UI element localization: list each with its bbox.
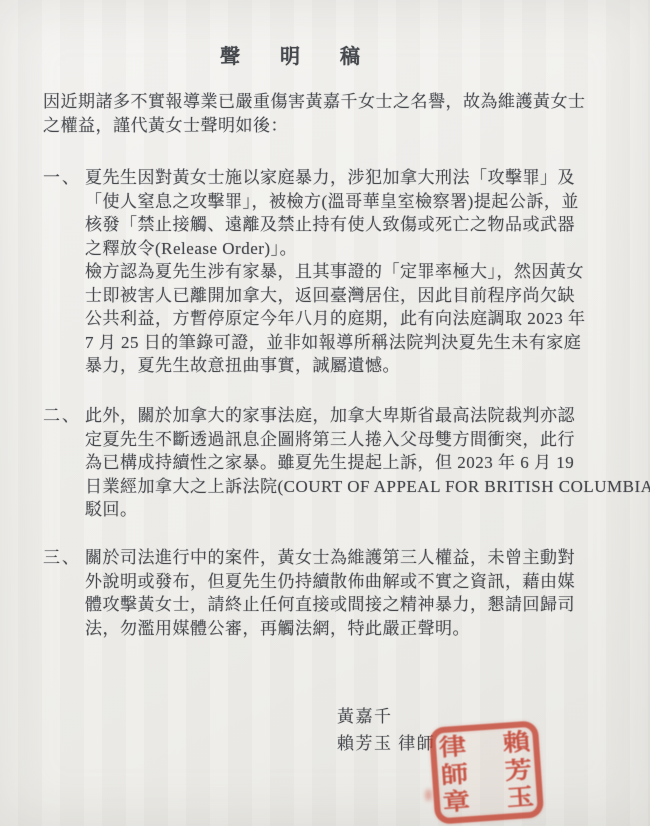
statement-item-1: 一、 夏先生因對黃女士施以家庭暴力，涉犯加拿大刑法「攻擊罪」及 「使人窒息之攻擊… xyxy=(43,166,586,378)
item-3-text: 關於司法進行中的案件，黃女士為維護第三人權益，未曾主動對 外說明或發布，但夏先生… xyxy=(85,546,575,640)
intro-paragraph: 因近期諸多不實報導業已嚴重傷害黃嘉千女士之名譽，故為維護黃女士 之權益，謹代黃女… xyxy=(43,90,586,137)
document-title: 聲 明 稿 xyxy=(0,40,580,69)
seal-char: 師 xyxy=(440,761,469,789)
item-1-number: 一、 xyxy=(43,166,85,190)
seal-char: 玉 xyxy=(506,784,535,812)
item-1-text: 夏先生因對黃女士施以家庭暴力，涉犯加拿大刑法「攻擊罪」及 「使人窒息之攻擊罪」，… xyxy=(85,166,586,378)
seal-right-column: 賴 芳 玉 xyxy=(502,729,535,812)
statement-item-3: 三、 關於司法進行中的案件，黃女士為維護第三人權益，未曾主動對 外說明或發布，但… xyxy=(43,546,575,640)
signature-block: 黃嘉千 賴芳玉 律師 xyxy=(337,703,435,757)
seal-char: 章 xyxy=(442,788,471,816)
lawyer-name: 賴芳玉 律師 xyxy=(337,730,435,757)
seal-char: 律 xyxy=(438,733,467,761)
statement-item-2: 二、 此外，關於加拿大的家事法庭，加拿大卑斯省最高法院裁判亦認 定夏先生不斷透過… xyxy=(43,404,650,522)
seal-left-column: 律 師 章 xyxy=(438,733,471,816)
statement-document: 聲 明 稿 因近期諸多不實報導業已嚴重傷害黃嘉千女士之名譽，故為維護黃女士 之權… xyxy=(0,0,650,826)
seal-ink-smudge xyxy=(425,789,432,801)
item-3-number: 三、 xyxy=(43,546,85,570)
item-2-text: 此外，關於加拿大的家事法庭，加拿大卑斯省最高法院裁判亦認 定夏先生不斷透過訊息企… xyxy=(85,404,650,522)
signatory-name: 黃嘉千 xyxy=(337,703,435,730)
item-2-number: 二、 xyxy=(43,404,85,428)
lawyer-seal-stamp: 律 師 章 賴 芳 玉 xyxy=(429,720,545,824)
seal-char: 賴 xyxy=(502,729,531,757)
seal-char: 芳 xyxy=(504,756,533,784)
